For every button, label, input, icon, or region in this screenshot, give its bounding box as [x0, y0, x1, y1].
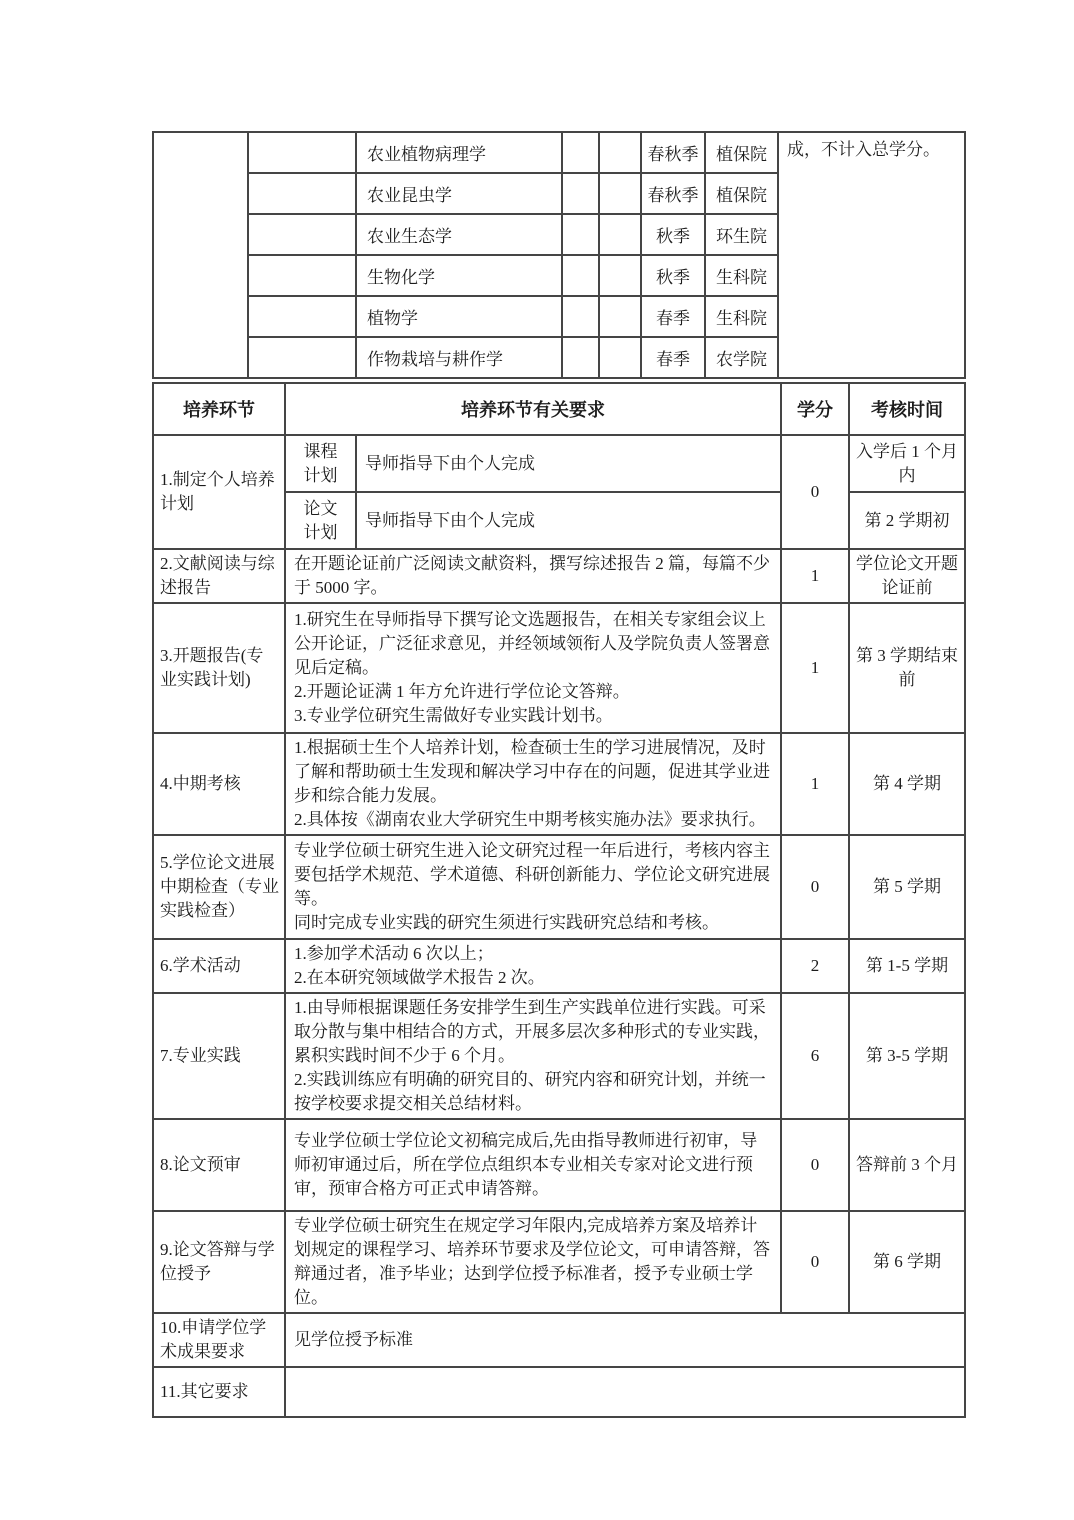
requirement-paragraph: 2.在本研究领域做学术报告 2 次。 [294, 966, 774, 990]
empty-cell [599, 296, 641, 337]
empty-cell [248, 132, 356, 173]
stage-cell: 10.申请学位学术成果要求 [153, 1313, 285, 1367]
credits-cell: 1 [781, 603, 849, 733]
course-name-cell: 农业植物病理学 [356, 132, 562, 173]
credits-cell: 1 [781, 733, 849, 835]
time-cell: 入学后 1 个月内 [849, 435, 965, 492]
empty-cell [599, 337, 641, 378]
requirement-paragraph: 1.参加学术活动 6 次以上； [294, 942, 774, 966]
semester-cell: 秋季 [641, 255, 705, 296]
time-cell: 第 6 学期 [849, 1211, 965, 1313]
empty-cell [248, 255, 356, 296]
semester-cell: 春季 [641, 337, 705, 378]
requirement-cell: 1.根据硕士生个人培养计划，检查硕士生的学习进展情况，及时了解和帮助硕士生发现和… [285, 733, 781, 835]
empty-cell [562, 255, 599, 296]
requirement-cell: 1.由导师根据课题任务安排学生到生产实践单位进行实践。可采取分散与集中相结合的方… [285, 993, 781, 1119]
college-cell: 生科院 [705, 296, 778, 337]
course-name-cell: 植物学 [356, 296, 562, 337]
training-row: 9.论文答辩与学位授予 专业学位硕士研究生在规定学习年限内,完成培养方案及培养计… [153, 1211, 965, 1313]
requirement-cell: 专业学位硕士研究生在规定学习年限内,完成培养方案及培养计划规定的课程学习、培养环… [285, 1211, 781, 1313]
course-name-cell: 农业生态学 [356, 214, 562, 255]
college-cell: 植保院 [705, 132, 778, 173]
course-name-cell: 生物化学 [356, 255, 562, 296]
requirement-paragraph: 2.开题论证满 1 年方允许进行学位论文答辩。 [294, 680, 774, 704]
requirement-cell: 1.参加学术活动 6 次以上； 2.在本研究领域做学术报告 2 次。 [285, 939, 781, 993]
empty-cell [248, 296, 356, 337]
training-row: 7.专业实践 1.由导师根据课题任务安排学生到生产实践单位进行实践。可采取分散与… [153, 993, 965, 1119]
time-cell: 第 3-5 学期 [849, 993, 965, 1119]
stage-cell: 1.制定个人培养计划 [153, 435, 285, 549]
course-name-cell: 作物栽培与耕作学 [356, 337, 562, 378]
training-row: 10.申请学位学术成果要求 见学位授予标准 [153, 1313, 965, 1367]
requirement-paragraph: 专业学位硕士研究生进入论文研究过程一年后进行，考核内容主要包括学术规范、学术道德… [294, 839, 774, 911]
stage-cell: 9.论文答辩与学位授予 [153, 1211, 285, 1313]
empty-cell [248, 173, 356, 214]
requirement-cell: 在开题论证前广泛阅读文献资料，撰写综述报告 2 篇，每篇不少于 5000 字。 [285, 549, 781, 603]
header-stage: 培养环节 [153, 383, 285, 435]
credits-cell: 0 [781, 835, 849, 939]
requirement-cell: 见学位授予标准 [285, 1313, 965, 1367]
requirement-paragraph: 1.由导师根据课题任务安排学生到生产实践单位进行实践。可采取分散与集中相结合的方… [294, 996, 774, 1068]
empty-cell [599, 255, 641, 296]
empty-cell [248, 337, 356, 378]
stage-cell: 4.中期考核 [153, 733, 285, 835]
college-cell: 生科院 [705, 255, 778, 296]
training-header-row: 培养环节 培养环节有关要求 学分 考核时间 [153, 383, 965, 435]
requirement-paragraph: 2.具体按《湖南农业大学研究生中期考核实施办法》要求执行。 [294, 808, 774, 832]
time-cell: 第 2 学期初 [849, 492, 965, 549]
credits-cell: 2 [781, 939, 849, 993]
requirement-paragraph: 2.实践训练应有明确的研究目的、研究内容和研究计划，并统一按学校要求提交相关总结… [294, 1068, 774, 1116]
requirement-cell: 导师指导下由个人完成 [356, 492, 781, 549]
header-time: 考核时间 [849, 383, 965, 435]
stage-cell: 11.其它要求 [153, 1367, 285, 1417]
empty-cell [599, 132, 641, 173]
stage-cell: 8.论文预审 [153, 1119, 285, 1211]
time-cell: 第 5 学期 [849, 835, 965, 939]
courses-table: 农业植物病理学 春秋季 植保院 成，不计入总学分。 农业昆虫学 春秋季 植保院 … [152, 131, 966, 379]
requirement-cell: 导师指导下由个人完成 [356, 435, 781, 492]
credits-cell: 0 [781, 435, 849, 549]
course-row: 农业植物病理学 春秋季 植保院 成，不计入总学分。 [153, 132, 965, 173]
empty-cell [599, 214, 641, 255]
requirement-paragraph: 同时完成专业实践的研究生须进行实践研究总结和考核。 [294, 911, 774, 935]
header-credits: 学分 [781, 383, 849, 435]
requirement-paragraph: 专业学位硕士研究生在规定学习年限内,完成培养方案及培养计划规定的课程学习、培养环… [294, 1214, 774, 1310]
empty-cell [599, 173, 641, 214]
training-row: 6.学术活动 1.参加学术活动 6 次以上； 2.在本研究领域做学术报告 2 次… [153, 939, 965, 993]
college-cell: 植保院 [705, 173, 778, 214]
stage-cell: 2.文献阅读与综述报告 [153, 549, 285, 603]
training-row: 3.开题报告(专业实践计划) 1.研究生在导师指导下撰写论文选题报告，在相关专家… [153, 603, 965, 733]
time-cell: 第 4 学期 [849, 733, 965, 835]
time-cell: 第 1-5 学期 [849, 939, 965, 993]
empty-cell [562, 173, 599, 214]
training-row: 1.制定个人培养计划 课程计划 导师指导下由个人完成 0 入学后 1 个月内 [153, 435, 965, 492]
course-name-cell: 农业昆虫学 [356, 173, 562, 214]
training-row: 8.论文预审 专业学位硕士学位论文初稿完成后,先由指导教师进行初审，导师初审通过… [153, 1119, 965, 1211]
college-cell: 农学院 [705, 337, 778, 378]
credits-cell: 6 [781, 993, 849, 1119]
empty-cell [562, 337, 599, 378]
training-row: 11.其它要求 [153, 1367, 965, 1417]
empty-cell [562, 214, 599, 255]
semester-cell: 秋季 [641, 214, 705, 255]
semester-cell: 春秋季 [641, 132, 705, 173]
training-row: 5.学位论文进展中期检查（专业实践检查） 专业学位硕士研究生进入论文研究过程一年… [153, 835, 965, 939]
requirement-paragraph: 在开题论证前广泛阅读文献资料，撰写综述报告 2 篇，每篇不少于 5000 字。 [294, 552, 774, 600]
requirement-paragraph: 3.专业学位研究生需做好专业实践计划书。 [294, 704, 774, 728]
requirement-paragraph: 专业学位硕士学位论文初稿完成后,先由指导教师进行初审，导师初审通过后，所在学位点… [294, 1129, 774, 1201]
stage-cell: 7.专业实践 [153, 993, 285, 1119]
time-cell: 答辩前 3 个月 [849, 1119, 965, 1211]
training-row: 4.中期考核 1.根据硕士生个人培养计划，检查硕士生的学习进展情况，及时了解和帮… [153, 733, 965, 835]
requirement-paragraph: 1.根据硕士生个人培养计划，检查硕士生的学习进展情况，及时了解和帮助硕士生发现和… [294, 736, 774, 808]
training-row: 2.文献阅读与综述报告 在开题论证前广泛阅读文献资料，撰写综述报告 2 篇，每篇… [153, 549, 965, 603]
continuation-note-cell: 成，不计入总学分。 [778, 132, 965, 378]
credits-cell: 0 [781, 1211, 849, 1313]
requirement-cell [285, 1367, 965, 1417]
time-cell: 学位论文开题论证前 [849, 549, 965, 603]
requirement-cell: 专业学位硕士学位论文初稿完成后,先由指导教师进行初审，导师初审通过后，所在学位点… [285, 1119, 781, 1211]
time-cell: 第 3 学期结束前 [849, 603, 965, 733]
empty-cell [562, 296, 599, 337]
header-requirements: 培养环节有关要求 [285, 383, 781, 435]
plan-type-cell: 论文计划 [285, 492, 356, 549]
credits-cell: 1 [781, 549, 849, 603]
merged-left-cell [153, 132, 248, 378]
credits-cell: 0 [781, 1119, 849, 1211]
semester-cell: 春季 [641, 296, 705, 337]
training-table: 培养环节 培养环节有关要求 学分 考核时间 1.制定个人培养计划 课程计划 导师… [152, 382, 966, 1418]
requirement-paragraph: 1.研究生在导师指导下撰写论文选题报告，在相关专家组会议上公开论证，广泛征求意见… [294, 608, 774, 680]
empty-cell [248, 214, 356, 255]
stage-cell: 3.开题报告(专业实践计划) [153, 603, 285, 733]
stage-cell: 6.学术活动 [153, 939, 285, 993]
document-sheet: 农业植物病理学 春秋季 植保院 成，不计入总学分。 农业昆虫学 春秋季 植保院 … [152, 131, 964, 1418]
college-cell: 环生院 [705, 214, 778, 255]
stage-cell: 5.学位论文进展中期检查（专业实践检查） [153, 835, 285, 939]
plan-type-cell: 课程计划 [285, 435, 356, 492]
requirement-cell: 1.研究生在导师指导下撰写论文选题报告，在相关专家组会议上公开论证，广泛征求意见… [285, 603, 781, 733]
empty-cell [562, 132, 599, 173]
semester-cell: 春秋季 [641, 173, 705, 214]
requirement-cell: 专业学位硕士研究生进入论文研究过程一年后进行，考核内容主要包括学术规范、学术道德… [285, 835, 781, 939]
